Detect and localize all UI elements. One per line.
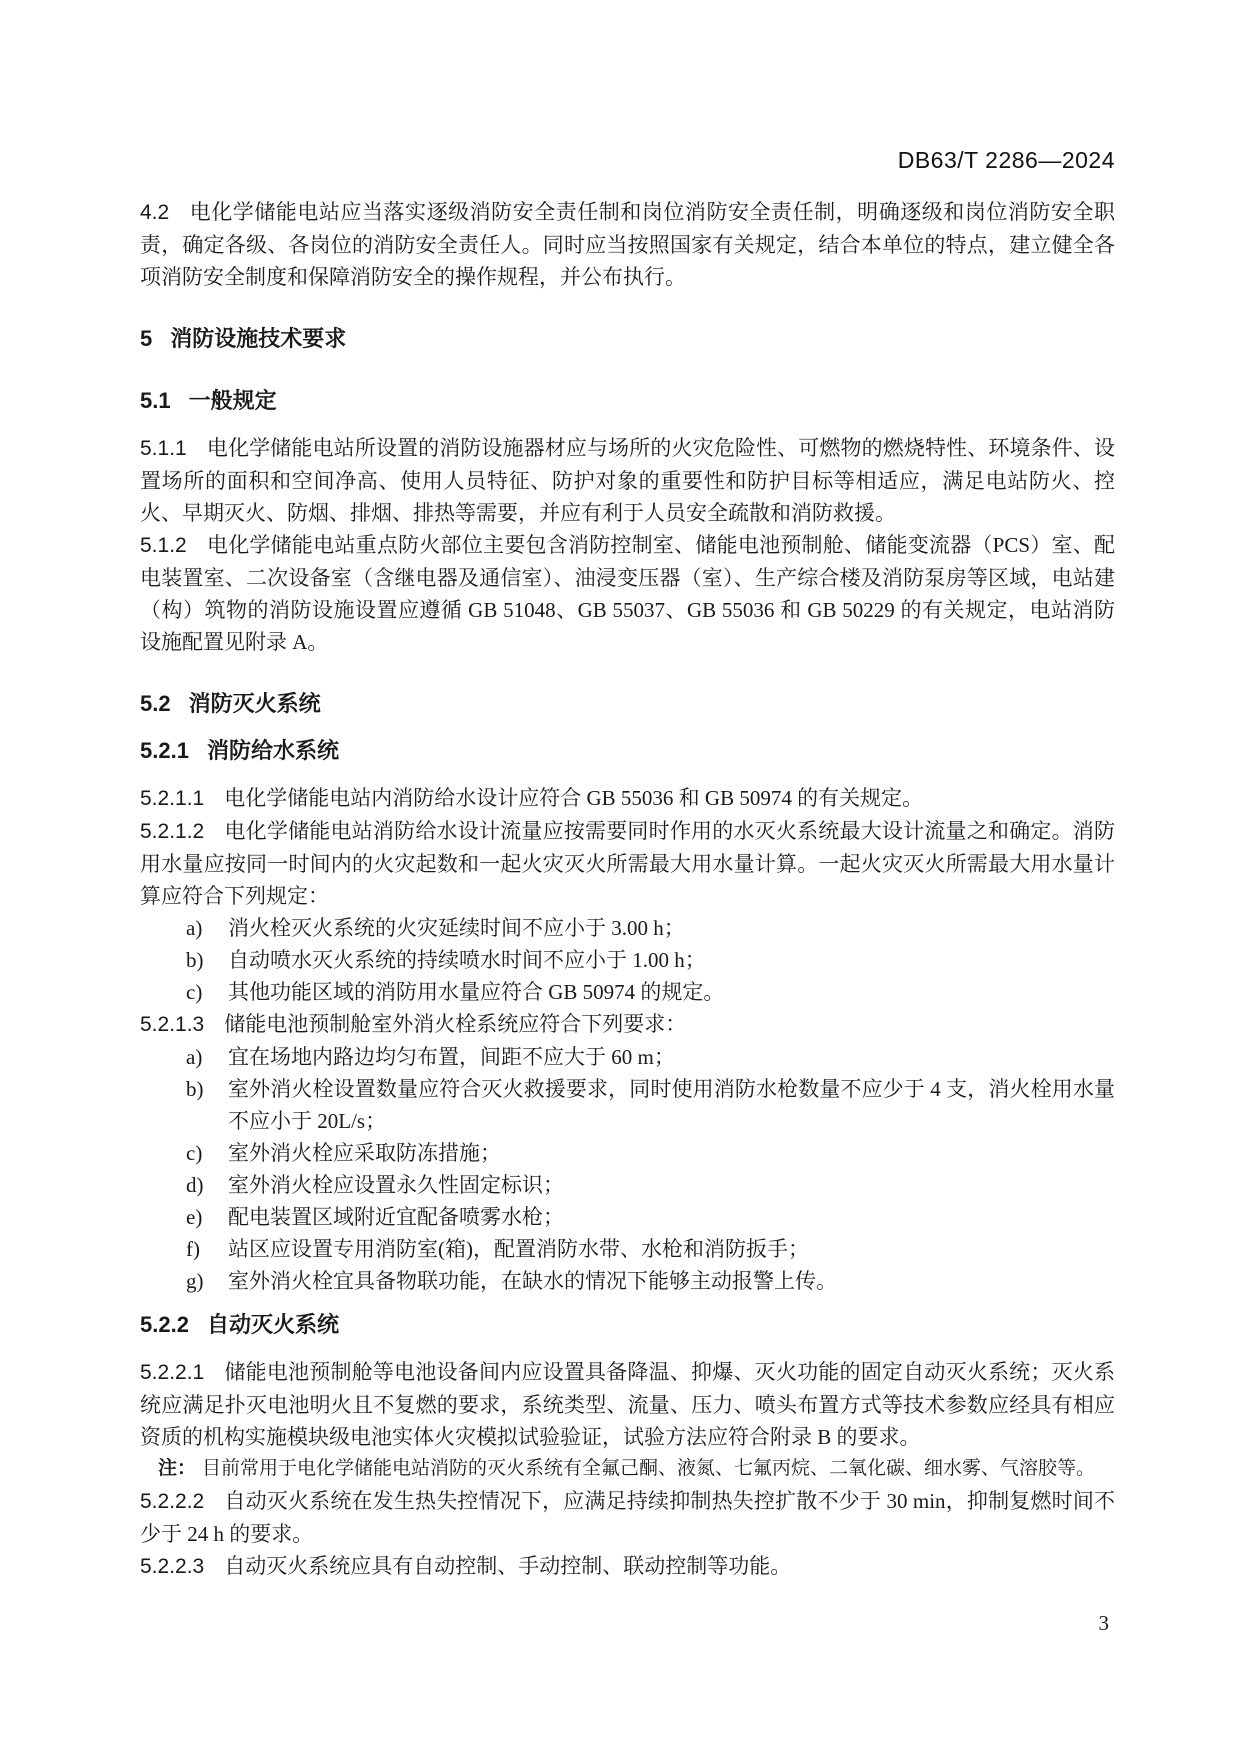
clause-number: 5.2.1.1 — [140, 787, 204, 810]
list-item-letter: g) — [186, 1265, 228, 1297]
clause-number: 5.2.2.1 — [140, 1361, 204, 1384]
section-title: 自动灭火系统 — [207, 1312, 339, 1337]
section-number: 5.1 — [140, 388, 171, 413]
list-item-text: 室外消火栓设置数量应符合灭火救援要求，同时使用消防水枪数量不应少于 4 支，消火… — [228, 1073, 1115, 1137]
section-heading-5: 5消防设施技术要求 — [140, 323, 1115, 355]
clause-paragraph-5-2-1-1: 5.2.1.1电化学储能电站内消防给水设计应符合 GB 55036 和 GB 5… — [140, 782, 1115, 815]
section-number: 5 — [140, 326, 152, 351]
list-item-text: 消火栓灭火系统的火灾延续时间不应小于 3.00 h； — [228, 912, 1115, 944]
page-content: DB63/T 2286—2024 4.2电化学储能电站应当落实逐级消防安全责任制… — [140, 0, 1115, 1583]
clause-text: 电化学储能电站所设置的消防设施器材应与场所的火灾危险性、可燃物的燃烧特性、环境条… — [140, 436, 1115, 525]
clause-number: 5.2.2.3 — [140, 1555, 204, 1578]
section-heading-5-1: 5.1一般规定 — [140, 385, 1115, 417]
list-item: c)室外消火栓应采取防冻措施； — [140, 1137, 1115, 1169]
list-item-text: 自动喷水灭火系统的持续喷水时间不应小于 1.00 h； — [228, 944, 1115, 976]
clause-text: 电化学储能电站应当落实逐级消防安全责任制和岗位消防安全责任制，明确逐级和岗位消防… — [140, 200, 1115, 289]
clause-text: 电化学储能电站消防给水设计流量应按需要同时作用的水灭火系统最大设计流量之和确定。… — [140, 819, 1115, 908]
list-item-letter: b) — [186, 1073, 228, 1137]
clause-text: 电化学储能电站重点防火部位主要包含消防控制室、储能电池预制舱、储能变流器（PCS… — [140, 533, 1115, 654]
list-item: a)消火栓灭火系统的火灾延续时间不应小于 3.00 h； — [140, 912, 1115, 944]
list-item-text: 室外消火栓应设置永久性固定标识； — [228, 1169, 1115, 1201]
list-item: e)配电装置区域附近宜配备喷雾水枪； — [140, 1201, 1115, 1233]
list-item: g)室外消火栓宜具备物联功能，在缺水的情况下能够主动报警上传。 — [140, 1265, 1115, 1297]
clause-paragraph-5-1-1: 5.1.1电化学储能电站所设置的消防设施器材应与场所的火灾危险性、可燃物的燃烧特… — [140, 432, 1115, 529]
list-item: b)自动喷水灭火系统的持续喷水时间不应小于 1.00 h； — [140, 944, 1115, 976]
list-item-letter: f) — [186, 1233, 228, 1265]
clause-paragraph-5-2-2-3: 5.2.2.3自动灭火系统应具有自动控制、手动控制、联动控制等功能。 — [140, 1550, 1115, 1583]
list-item-letter: a) — [186, 1041, 228, 1073]
list-item-letter: e) — [186, 1201, 228, 1233]
clause-text: 自动灭火系统在发生热失控情况下，应满足持续抑制热失控扩散不少于 30 min，抑… — [140, 1489, 1115, 1546]
clause-number: 5.2.1.2 — [140, 820, 204, 843]
section-number: 5.2.2 — [140, 1312, 189, 1337]
page-number: 3 — [1099, 1608, 1110, 1638]
list-item-text: 宜在场地内路边均匀布置，间距不应大于 60 m； — [228, 1041, 1115, 1073]
section-heading-5-2-2: 5.2.2自动灭火系统 — [140, 1309, 1115, 1341]
list-item-text: 室外消火栓宜具备物联功能，在缺水的情况下能够主动报警上传。 — [228, 1265, 1115, 1297]
document-page: DB63/T 2286—2024 4.2电化学储能电站应当落实逐级消防安全责任制… — [0, 0, 1241, 1754]
clause-number: 5.2.1.3 — [140, 1013, 204, 1036]
clause-number: 4.2 — [140, 201, 169, 224]
section-title: 消防设施技术要求 — [170, 326, 346, 351]
clause-text: 电化学储能电站内消防给水设计应符合 GB 55036 和 GB 50974 的有… — [224, 786, 923, 810]
list-item: f)站区应设置专用消防室(箱)，配置消防水带、水枪和消防扳手； — [140, 1233, 1115, 1265]
note-label: 注： — [158, 1458, 196, 1479]
list-item-letter: c) — [186, 1137, 228, 1169]
section-heading-5-2-1: 5.2.1消防给水系统 — [140, 735, 1115, 767]
clause-paragraph-5-1-2: 5.1.2电化学储能电站重点防火部位主要包含消防控制室、储能电池预制舱、储能变流… — [140, 529, 1115, 658]
note-paragraph: 注：目前常用于电化学储能电站消防的灭火系统有全氟己酮、液氮、七氟丙烷、二氧化碳、… — [140, 1453, 1115, 1485]
clause-number: 5.2.2.2 — [140, 1490, 204, 1513]
section-title: 消防给水系统 — [207, 738, 339, 763]
clause-text: 储能电池预制舱等电池设备间内应设置具备降温、抑爆、灭火功能的固定自动灭火系统；灭… — [140, 1360, 1115, 1449]
note-text: 目前常用于电化学储能电站消防的灭火系统有全氟己酮、液氮、七氟丙烷、二氧化碳、细水… — [202, 1458, 1095, 1479]
doc-number: DB63/T 2286—2024 — [140, 146, 1115, 174]
list-item-letter: d) — [186, 1169, 228, 1201]
list-item: a)宜在场地内路边均匀布置，间距不应大于 60 m； — [140, 1041, 1115, 1073]
list-item: b)室外消火栓设置数量应符合灭火救援要求，同时使用消防水枪数量不应少于 4 支，… — [140, 1073, 1115, 1137]
clause-paragraph-5-2-2-1: 5.2.2.1储能电池预制舱等电池设备间内应设置具备降温、抑爆、灭火功能的固定自… — [140, 1356, 1115, 1453]
list-item-letter: b) — [186, 944, 228, 976]
clause-paragraph-5-2-2-2: 5.2.2.2自动灭火系统在发生热失控情况下，应满足持续抑制热失控扩散不少于 3… — [140, 1485, 1115, 1550]
clause-paragraph-4-2: 4.2电化学储能电站应当落实逐级消防安全责任制和岗位消防安全责任制，明确逐级和岗… — [140, 196, 1115, 293]
clause-text: 储能电池预制舱室外消火栓系统应符合下列要求： — [224, 1012, 686, 1036]
list-item-text: 站区应设置专用消防室(箱)，配置消防水带、水枪和消防扳手； — [228, 1233, 1115, 1265]
list-item: c)其他功能区域的消防用水量应符合 GB 50974 的规定。 — [140, 976, 1115, 1008]
clause-paragraph-5-2-1-3: 5.2.1.3储能电池预制舱室外消火栓系统应符合下列要求： — [140, 1008, 1115, 1041]
section-title: 一般规定 — [189, 388, 277, 413]
clause-number: 5.1.2 — [140, 534, 187, 557]
clause-paragraph-5-2-1-2: 5.2.1.2电化学储能电站消防给水设计流量应按需要同时作用的水灭火系统最大设计… — [140, 815, 1115, 912]
section-title: 消防灭火系统 — [189, 691, 321, 716]
list-item-letter: a) — [186, 912, 228, 944]
list-item: d)室外消火栓应设置永久性固定标识； — [140, 1169, 1115, 1201]
list-item-letter: c) — [186, 976, 228, 1008]
list-item-text: 配电装置区域附近宜配备喷雾水枪； — [228, 1201, 1115, 1233]
section-heading-5-2: 5.2消防灭火系统 — [140, 688, 1115, 720]
list-item-text: 其他功能区域的消防用水量应符合 GB 50974 的规定。 — [228, 976, 1115, 1008]
clause-number: 5.1.1 — [140, 437, 187, 460]
section-number: 5.2 — [140, 691, 171, 716]
section-number: 5.2.1 — [140, 738, 189, 763]
clause-text: 自动灭火系统应具有自动控制、手动控制、联动控制等功能。 — [224, 1554, 791, 1578]
list-item-text: 室外消火栓应采取防冻措施； — [228, 1137, 1115, 1169]
